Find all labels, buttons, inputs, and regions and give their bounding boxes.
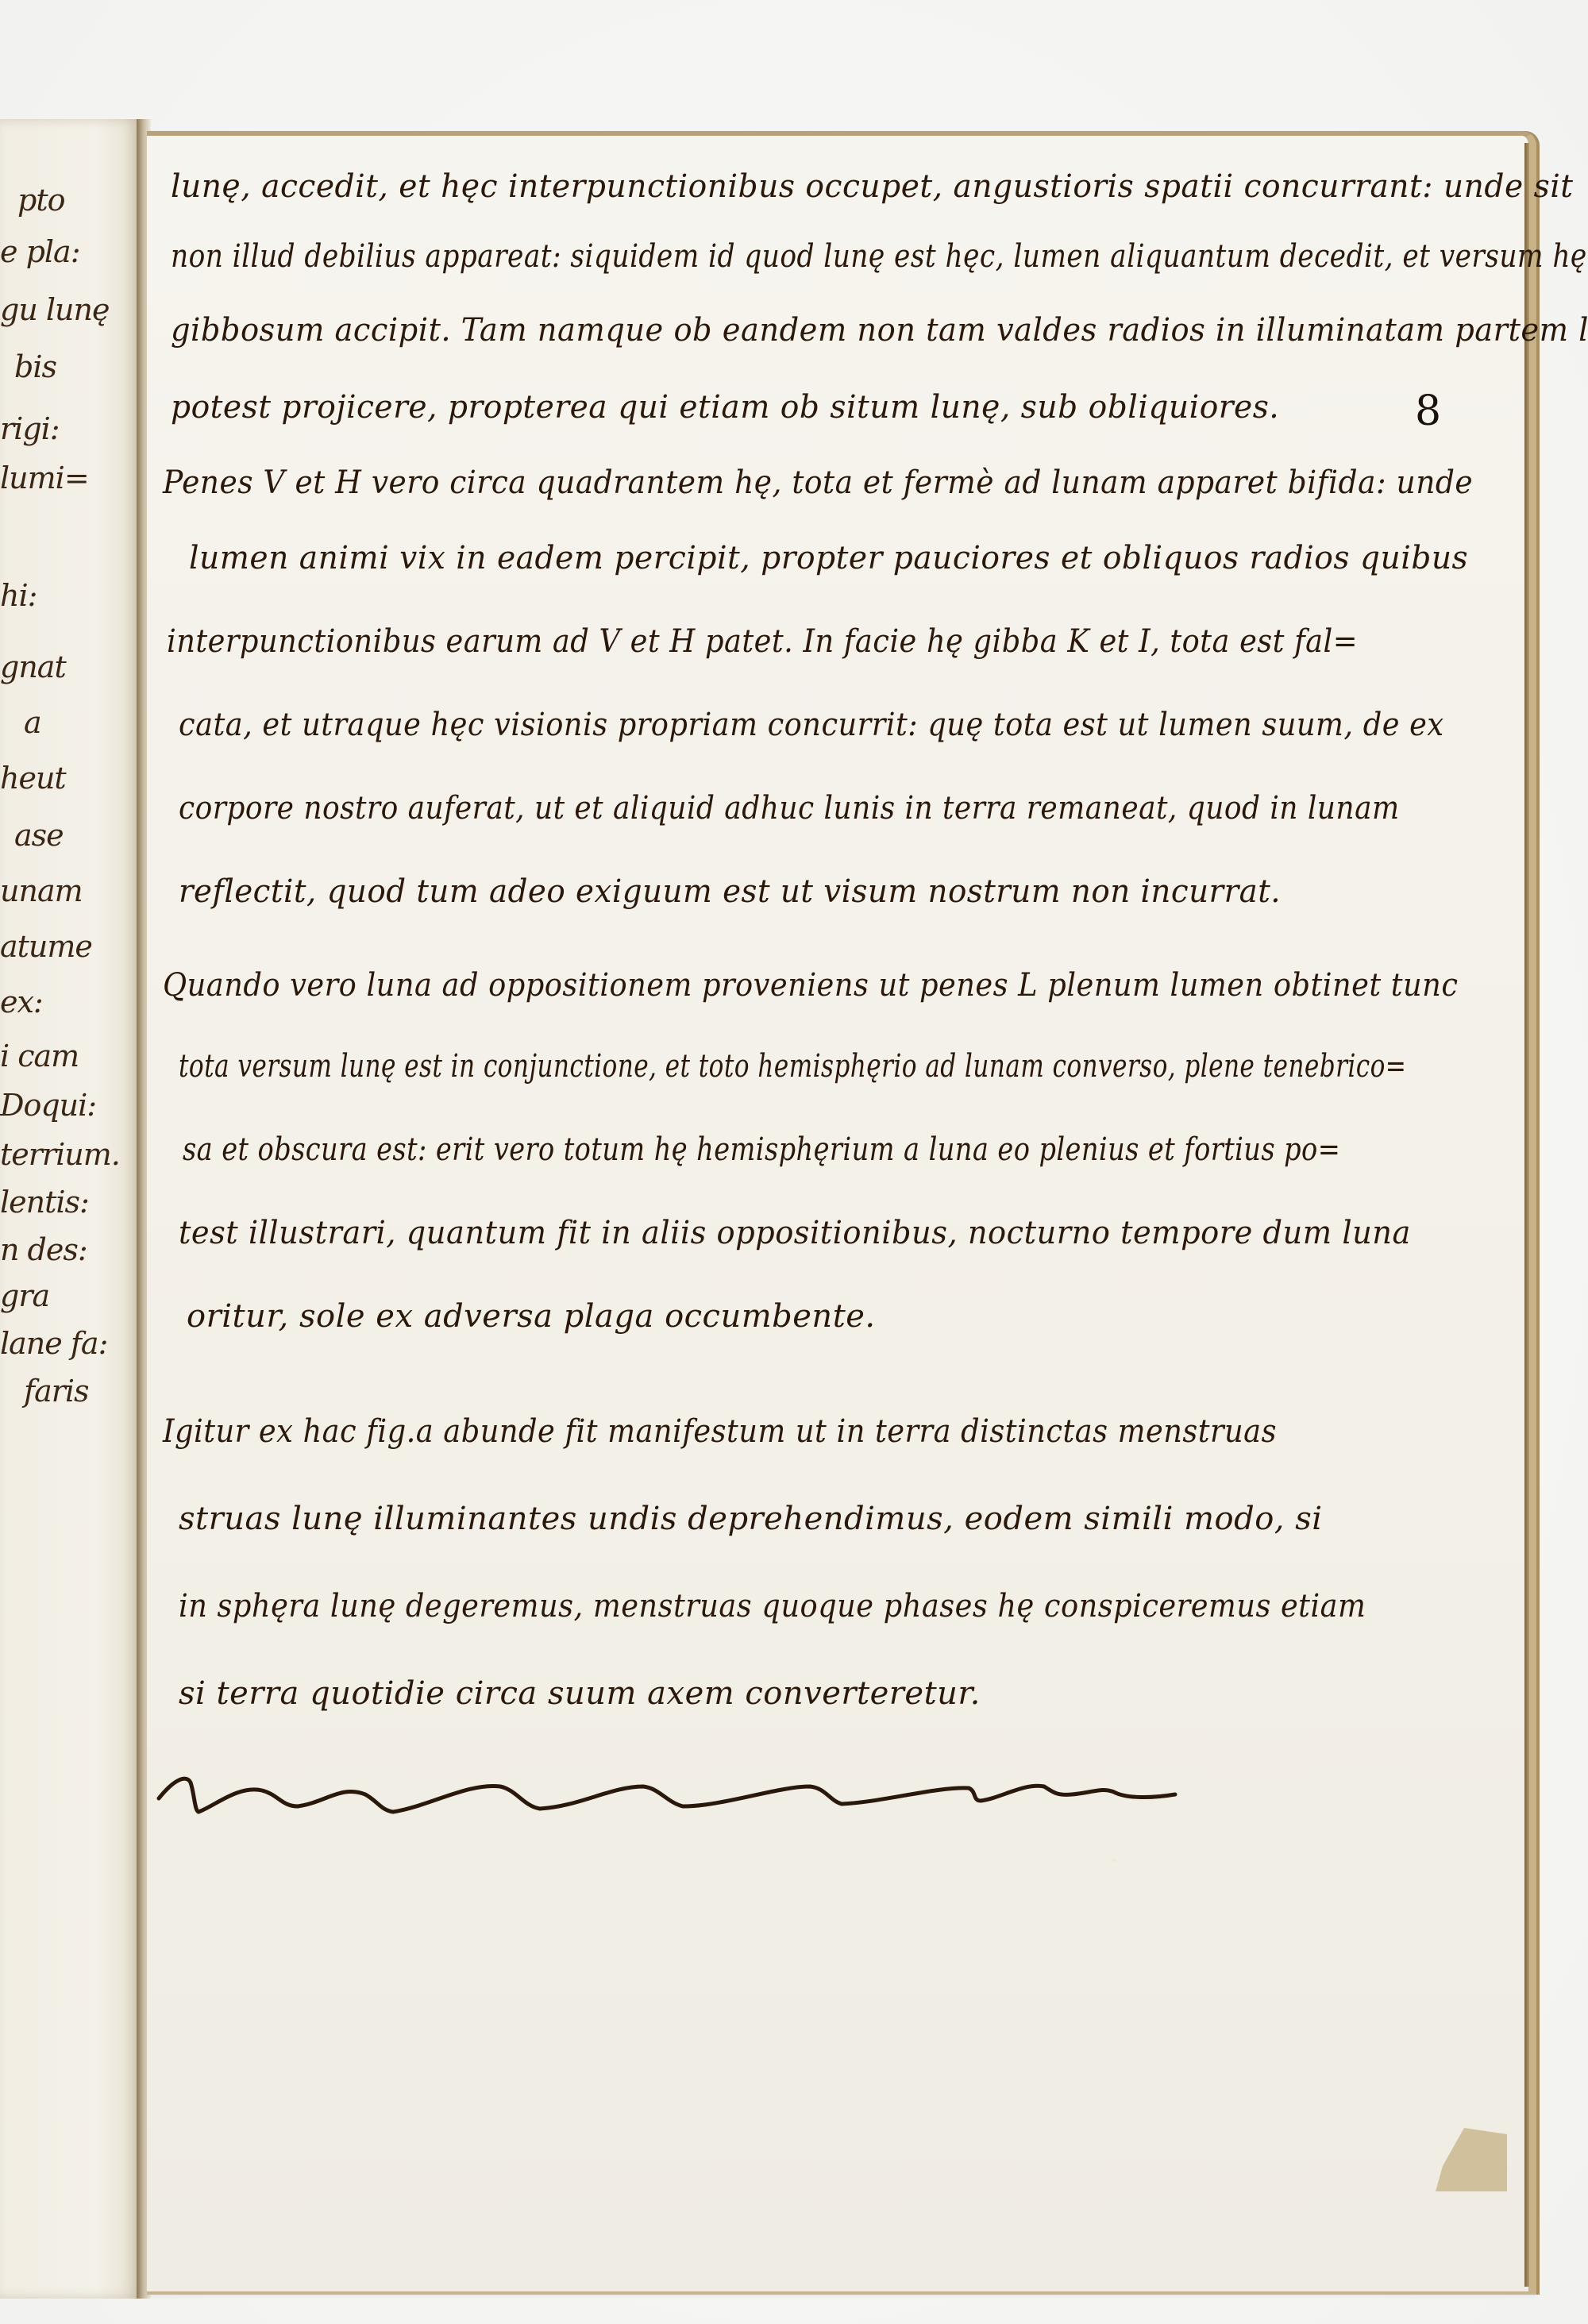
text-line: cata, et utraque hęc visionis propriam c… <box>179 707 1444 743</box>
text-line: struas lunę illuminantes undis deprehend… <box>179 1501 1323 1537</box>
right-page <box>147 131 1536 2295</box>
left-fragment: e pla: <box>0 234 80 269</box>
text-line: in sphęra lunę degeremus, menstruas quoq… <box>179 1588 1366 1624</box>
left-fragment: unam <box>0 873 83 908</box>
left-fragment: faris <box>24 1374 89 1409</box>
text-line: gibbosum accipit. Tam namque ob eandem n… <box>171 312 1588 349</box>
text-line: corpore nostro auferat, ut et aliquid ad… <box>179 790 1400 827</box>
text-line: tota versum lunę est in conjunctione, et… <box>179 1048 1406 1085</box>
left-fragment: heut <box>0 761 66 796</box>
text-line: oritur, sole ex adversa plaga occumbente… <box>187 1298 876 1335</box>
left-fragment: lentis: <box>0 1185 89 1220</box>
left-fragment: terrium. <box>0 1137 120 1172</box>
text-line: lunę, accedit, et hęc interpunctionibus … <box>171 168 1574 205</box>
text-line: reflectit, quod tum adeo exiguum est ut … <box>179 873 1281 910</box>
text-line: sa et obscura est: erit vero totum hę he… <box>183 1131 1340 1168</box>
text-line: interpunctionibus earum ad V et H patet.… <box>167 623 1358 660</box>
wavy-flourish-decoration <box>151 1763 1517 1834</box>
left-fragment: Doqui: <box>0 1088 96 1123</box>
left-fragment: a <box>24 705 41 740</box>
text-line: si terra quotidie circa suum axem conver… <box>179 1675 981 1712</box>
left-fragment: atume <box>0 929 92 964</box>
left-fragment: hi: <box>0 578 37 613</box>
left-fragment: ase <box>14 818 64 853</box>
left-fragment: pto <box>17 183 64 218</box>
page-edge <box>1524 143 1529 2287</box>
left-fragment: gra <box>0 1278 49 1313</box>
left-page-fragment: pto e pla: gu lunę bis rigi: lumi= hi: g… <box>0 119 141 2299</box>
left-fragment: n des: <box>0 1232 87 1267</box>
left-fragment: bis <box>14 349 56 384</box>
left-fragment: ex: <box>0 985 43 1019</box>
left-fragment: rigi: <box>0 411 60 446</box>
text-line: Quando vero luna ad oppositionem proveni… <box>163 967 1458 1004</box>
text-line: potest projicere, propterea qui etiam ob… <box>171 389 1279 426</box>
text-line: Penes V et H vero circa quadrantem hę, t… <box>163 464 1473 501</box>
left-fragment: gu lunę <box>0 292 109 327</box>
left-fragment: lumi= <box>0 461 89 495</box>
left-fragment: i cam <box>0 1039 79 1073</box>
text-line: Igitur ex hac fig.a abunde fit manifestu… <box>163 1413 1277 1450</box>
left-fragment: lane fa: <box>0 1326 107 1361</box>
left-fragment: gnat <box>0 649 66 684</box>
text-line: lumen animi vix in eadem percipit, propt… <box>189 540 1468 576</box>
text-line: test illustrari, quantum fit in aliis op… <box>179 1215 1411 1251</box>
text-line: non illud debilius appareat: siquidem id… <box>171 238 1587 275</box>
page-number: 8 <box>1415 387 1441 435</box>
